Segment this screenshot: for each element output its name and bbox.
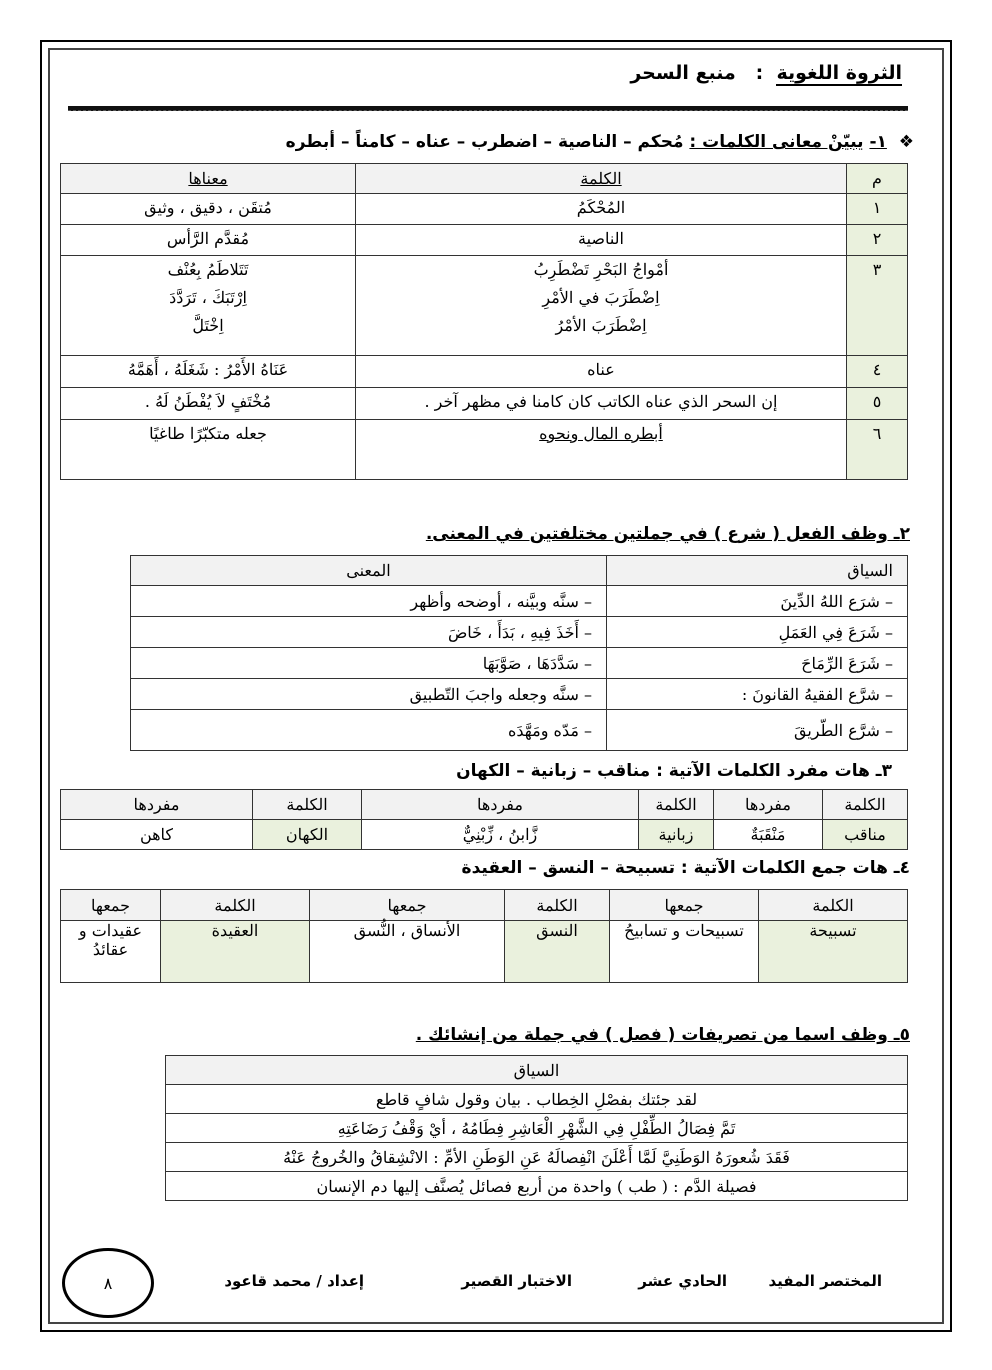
q5-table: السياق لقد جئتك بفصْلِ الخِطاب . بيان وق… [165, 1055, 908, 1201]
title-separator: : [756, 62, 764, 84]
table-row: – شَرَعَ الرِّمَاحَ– سَدَّدَهَا ، صَوَّب… [131, 648, 908, 679]
footer-grade: الحادي عشر [638, 1272, 727, 1290]
q1-prompt: يبيّنْ معانى الكلمات : [689, 132, 863, 152]
q4-heading: ٤ـ هات جمع الكلمات الآتية : تسبيحة – الن… [462, 858, 910, 878]
table-row: ٥ إن السحر الذي عناه الكاتب كان كامنا في… [61, 388, 908, 420]
table-row: تَمَّ فِصَالُ الطِّفْلِ فِي الشَّهْرِ ال… [166, 1114, 908, 1143]
col-context: السياق [166, 1056, 908, 1085]
table-row: – شرَّع الطّريقَ– مَدّه ومَهَّدَه [131, 710, 908, 751]
page-number: ٨ [62, 1248, 154, 1318]
table-row: فصيلة الدَّم : ( طب ) واحدة من أربع فصائ… [166, 1172, 908, 1201]
q1-heading: ❖ ١- يبيّنْ معانى الكلمات : مُحكم – النا… [286, 132, 914, 152]
diamond-bullet-icon: ❖ [899, 132, 914, 152]
lesson-name: منبع السحر [630, 62, 735, 84]
table-row: تسبيحة تسبيحات و تسابيحُ النسق الأنساق ،… [61, 921, 908, 983]
footer-author: إعداد / محمد قاعود [224, 1272, 364, 1290]
col-word: الكلمة [356, 164, 847, 194]
table-row: ١ المُحْكَمُ مُتقَن ، دقيق ، وثيق [61, 194, 908, 225]
table-row: ٣ أمْواجُ البَحْرِ تَضْطَرِبُ اِضْطَرَبَ… [61, 256, 908, 356]
table-row: مناقب مَنْقَبَةٌ زبانية زَّابنُ ، زِّبْن… [61, 820, 908, 850]
footer-series: المختصر المفيد [768, 1272, 882, 1290]
col-context: السياق [607, 556, 908, 586]
q2-heading: ٢ـ وظف الفعل ( شرع ) في جملتين مختلفتين … [426, 524, 910, 544]
q3-table: الكلمة مفردها الكلمة مفردها الكلمة مفرده… [60, 789, 908, 850]
q5-heading: ٥ـ وظف اسما من تصريفات ( فصل ) في جملة م… [416, 1025, 910, 1045]
col-meaning: المعنى [131, 556, 607, 586]
table-row: فَقَدَ شُعورَهُ الوَطَنِيَّ لَمَّا أَعْل… [166, 1143, 908, 1172]
table-row: – شَرَعَ فِي العَمَلِ– أَخَذَ فِيهِ ، بَ… [131, 617, 908, 648]
q2-table: السياق المعنى – شرَع اللهُ الدِّينَ– سنَ… [130, 555, 908, 751]
table-row: ٤ عناه عَنَاهُ الأَمْرُ : شَغَلَهُ ، أَه… [61, 356, 908, 388]
table-row: ٢ الناصية مُقدَّم الرَّأس [61, 225, 908, 256]
table-row: ٦ أبطره المال ونحوه جعله متكبّرًا طاغيًا [61, 420, 908, 480]
q4-table: الكلمة جمعها الكلمة جمعها الكلمة جمعها ت… [60, 889, 908, 983]
col-meaning: معناها [61, 164, 356, 194]
header-divider [68, 106, 908, 111]
q1-number: ١- [869, 132, 886, 152]
col-num: م [847, 164, 908, 194]
table-row: – شرَّع الفقيهُ القانونَ :– سنَّه وجعله … [131, 679, 908, 710]
page-title: الثروة اللغوية : منبع السحر [630, 62, 902, 84]
table-row: – شرَع اللهُ الدِّينَ– سنَّه وبيَّنه ، أ… [131, 586, 908, 617]
q1-words: مُحكم – الناصية – اضطرب – عناه – كامناً … [286, 132, 684, 152]
title-topic: الثروة اللغوية [776, 62, 902, 86]
footer-test: الاختبار القصير [461, 1272, 572, 1290]
q1-table: م الكلمة معناها ١ المُحْكَمُ مُتقَن ، دق… [60, 163, 908, 480]
table-row: لقد جئتك بفصْلِ الخِطاب . بيان وقول شافٍ… [166, 1085, 908, 1114]
q3-heading: ٣ـ هات مفرد الكلمات الآتية : مناقب – زبا… [456, 761, 892, 781]
